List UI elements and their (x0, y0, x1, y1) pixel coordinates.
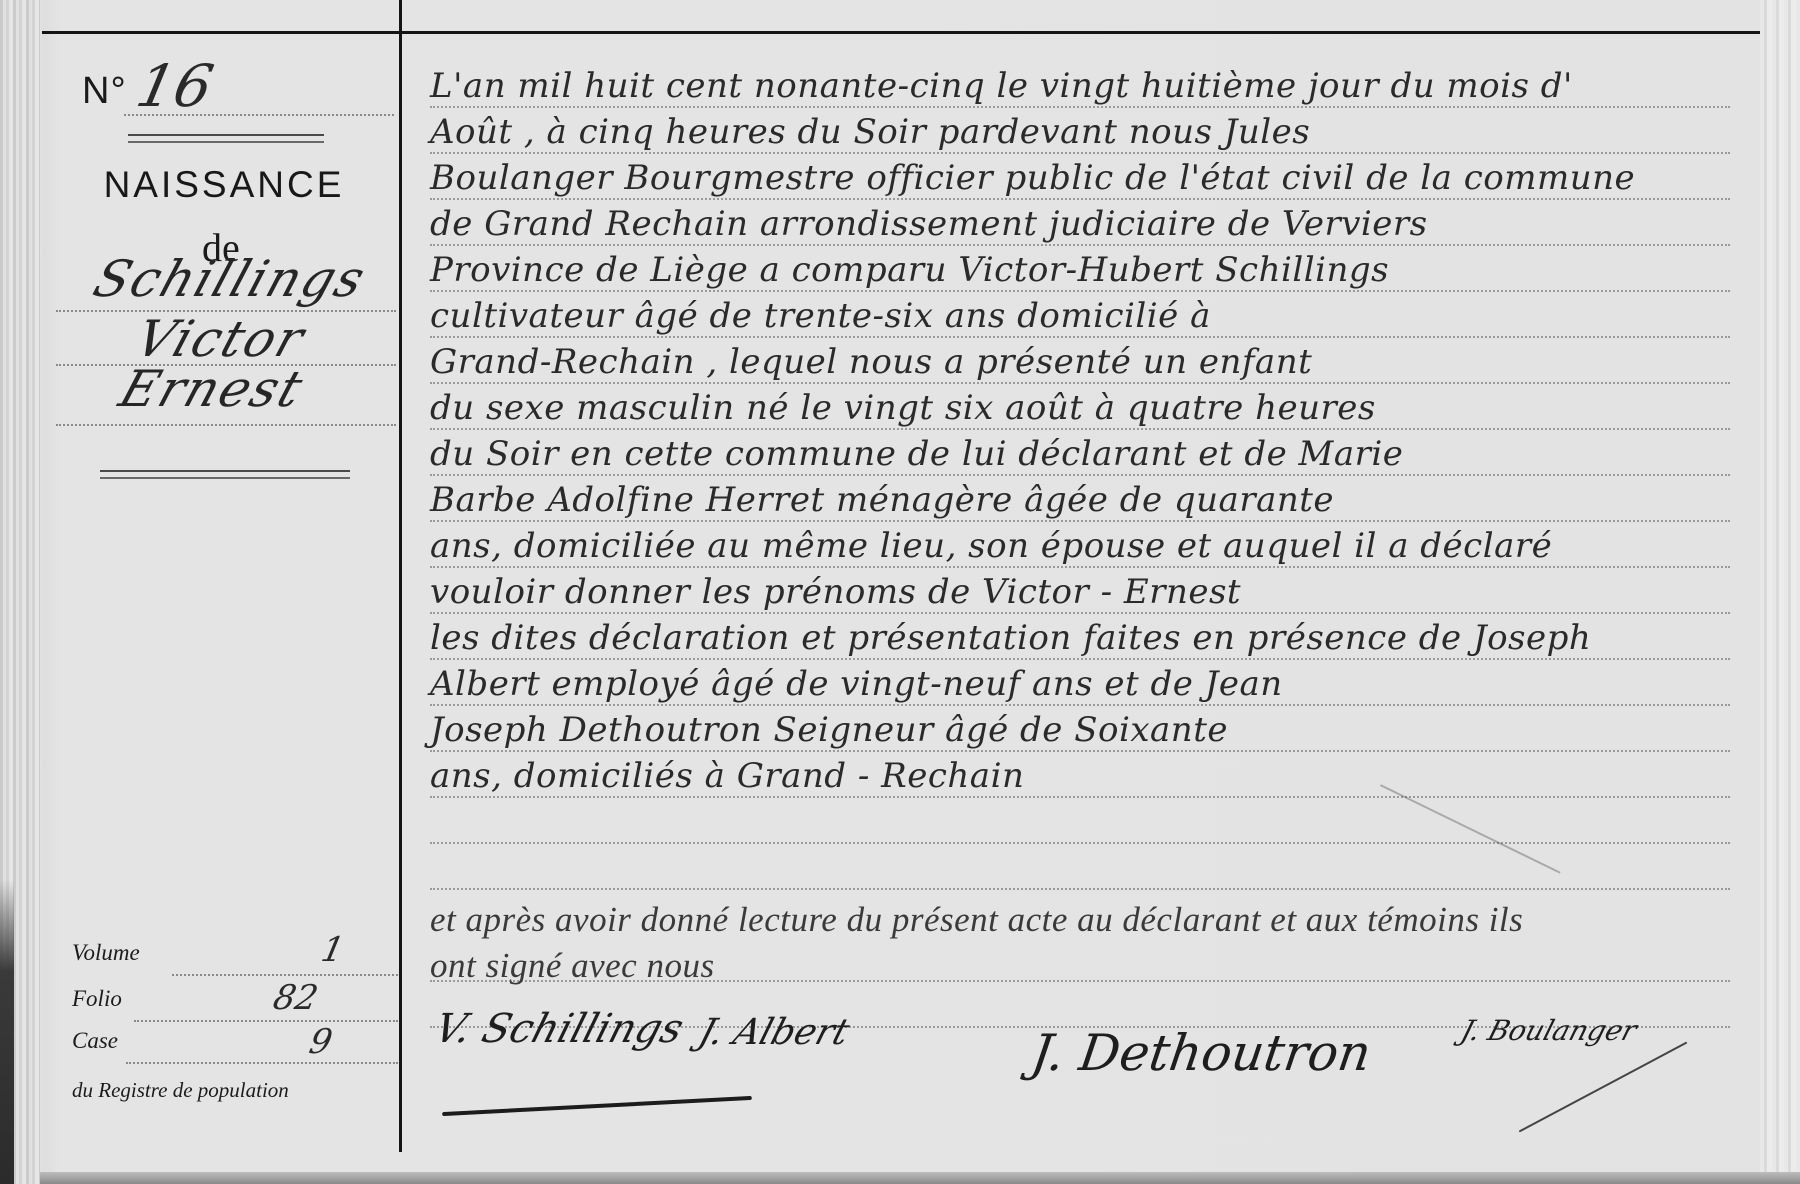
left-margin: N° 16 NAISSANCE de Schillings Victor Ern… (42, 34, 399, 1152)
ruled-line (430, 658, 1730, 660)
name-dotline-3 (56, 424, 396, 426)
ruled-line (430, 520, 1730, 522)
name-double-rule (100, 470, 350, 479)
subject-surname: Schillings (87, 250, 374, 308)
ruled-line (430, 152, 1730, 154)
act-line-5: Province de Liège a comparu Victor-Huber… (430, 250, 1389, 290)
section-heading: NAISSANCE (94, 164, 354, 206)
act-line-13: les dites déclaration et présentation fa… (430, 618, 1591, 658)
act-line-11: ans, domiciliée au même lieu, son épouse… (430, 526, 1552, 566)
signature-underline (442, 1096, 752, 1116)
ruled-line (430, 474, 1730, 476)
entry-number-value: 16 (131, 52, 219, 120)
ruled-line (430, 244, 1730, 246)
ruled-line (430, 612, 1730, 614)
officer-flourish (1519, 1042, 1688, 1133)
signature-officer: J. Boulanger (1457, 1014, 1640, 1047)
ruled-line (430, 796, 1730, 798)
case-value: 9 (306, 1022, 336, 1062)
folio-label: Folio (72, 986, 122, 1012)
act-line-15: Joseph Dethoutron Seigneur âgé de Soixan… (430, 710, 1228, 750)
binding-shadow (0, 880, 14, 1184)
signature-witness-1: J. Albert (694, 1012, 854, 1053)
signature-declarant: V. Schillings (429, 1006, 688, 1052)
act-line-2: Août , à cinq heures du Soir pardevant n… (430, 112, 1310, 152)
number-dotline (124, 114, 394, 116)
ruled-line (430, 888, 1730, 890)
number-double-rule (128, 134, 324, 143)
act-line-7: Grand-Rechain , lequel nous a présenté u… (430, 342, 1312, 382)
act-line-12: vouloir donner les prénoms de Victor - E… (430, 572, 1241, 612)
subject-middlename: Ernest (113, 360, 312, 418)
volume-label: Volume (72, 940, 140, 966)
act-line-10: Barbe Adolfine Herret ménagère âgée de q… (430, 480, 1334, 520)
ruled-line (430, 428, 1730, 430)
act-line-1: L'an mil huit cent nonante-cinq le vingt… (430, 66, 1573, 106)
entry-number-label: N° (82, 70, 127, 113)
ruled-line (430, 336, 1730, 338)
act-body: L'an mil huit cent nonante-cinq le vingt… (402, 34, 1760, 1152)
act-line-4: de Grand Rechain arrondissement judiciai… (430, 204, 1428, 244)
register-footer-label: du Registre de population (72, 1078, 289, 1103)
act-line-16: ans, domiciliés à Grand - Rechain (430, 756, 1024, 796)
closing-line-2: ont signé avec nous (430, 946, 715, 986)
act-line-6: cultivateur âgé de trente-six ans domici… (430, 296, 1211, 336)
ruled-line (430, 566, 1730, 568)
folio-dotline (134, 1020, 398, 1022)
ruled-line (430, 106, 1730, 108)
closing-line-1: et après avoir donné lecture du présent … (430, 900, 1523, 940)
volume-value: 1 (318, 930, 348, 970)
folio-value: 82 (270, 978, 322, 1018)
signature-witness-2: J. Dethoutron (1028, 1024, 1375, 1082)
case-dotline (126, 1062, 398, 1064)
ruled-line (430, 382, 1730, 384)
register-page: N° 16 NAISSANCE de Schillings Victor Ern… (0, 0, 1800, 1184)
act-line-14: Albert employé âgé de vingt-neuf ans et … (430, 664, 1283, 704)
ruled-line (430, 750, 1730, 752)
act-line-9: du Soir en cette commune de lui déclaran… (430, 434, 1403, 474)
ruled-line (430, 290, 1730, 292)
page-edge-right (1760, 0, 1800, 1184)
ruled-line (430, 198, 1730, 200)
ruled-line (430, 704, 1730, 706)
ruled-line (430, 842, 1730, 844)
act-line-3: Boulanger Bourgmestre officier public de… (430, 158, 1635, 198)
page-edge-bottom (40, 1172, 1800, 1184)
act-line-8: du sexe masculin né le vingt six août à … (430, 388, 1376, 428)
volume-dotline (172, 974, 398, 976)
case-label: Case (72, 1028, 118, 1054)
